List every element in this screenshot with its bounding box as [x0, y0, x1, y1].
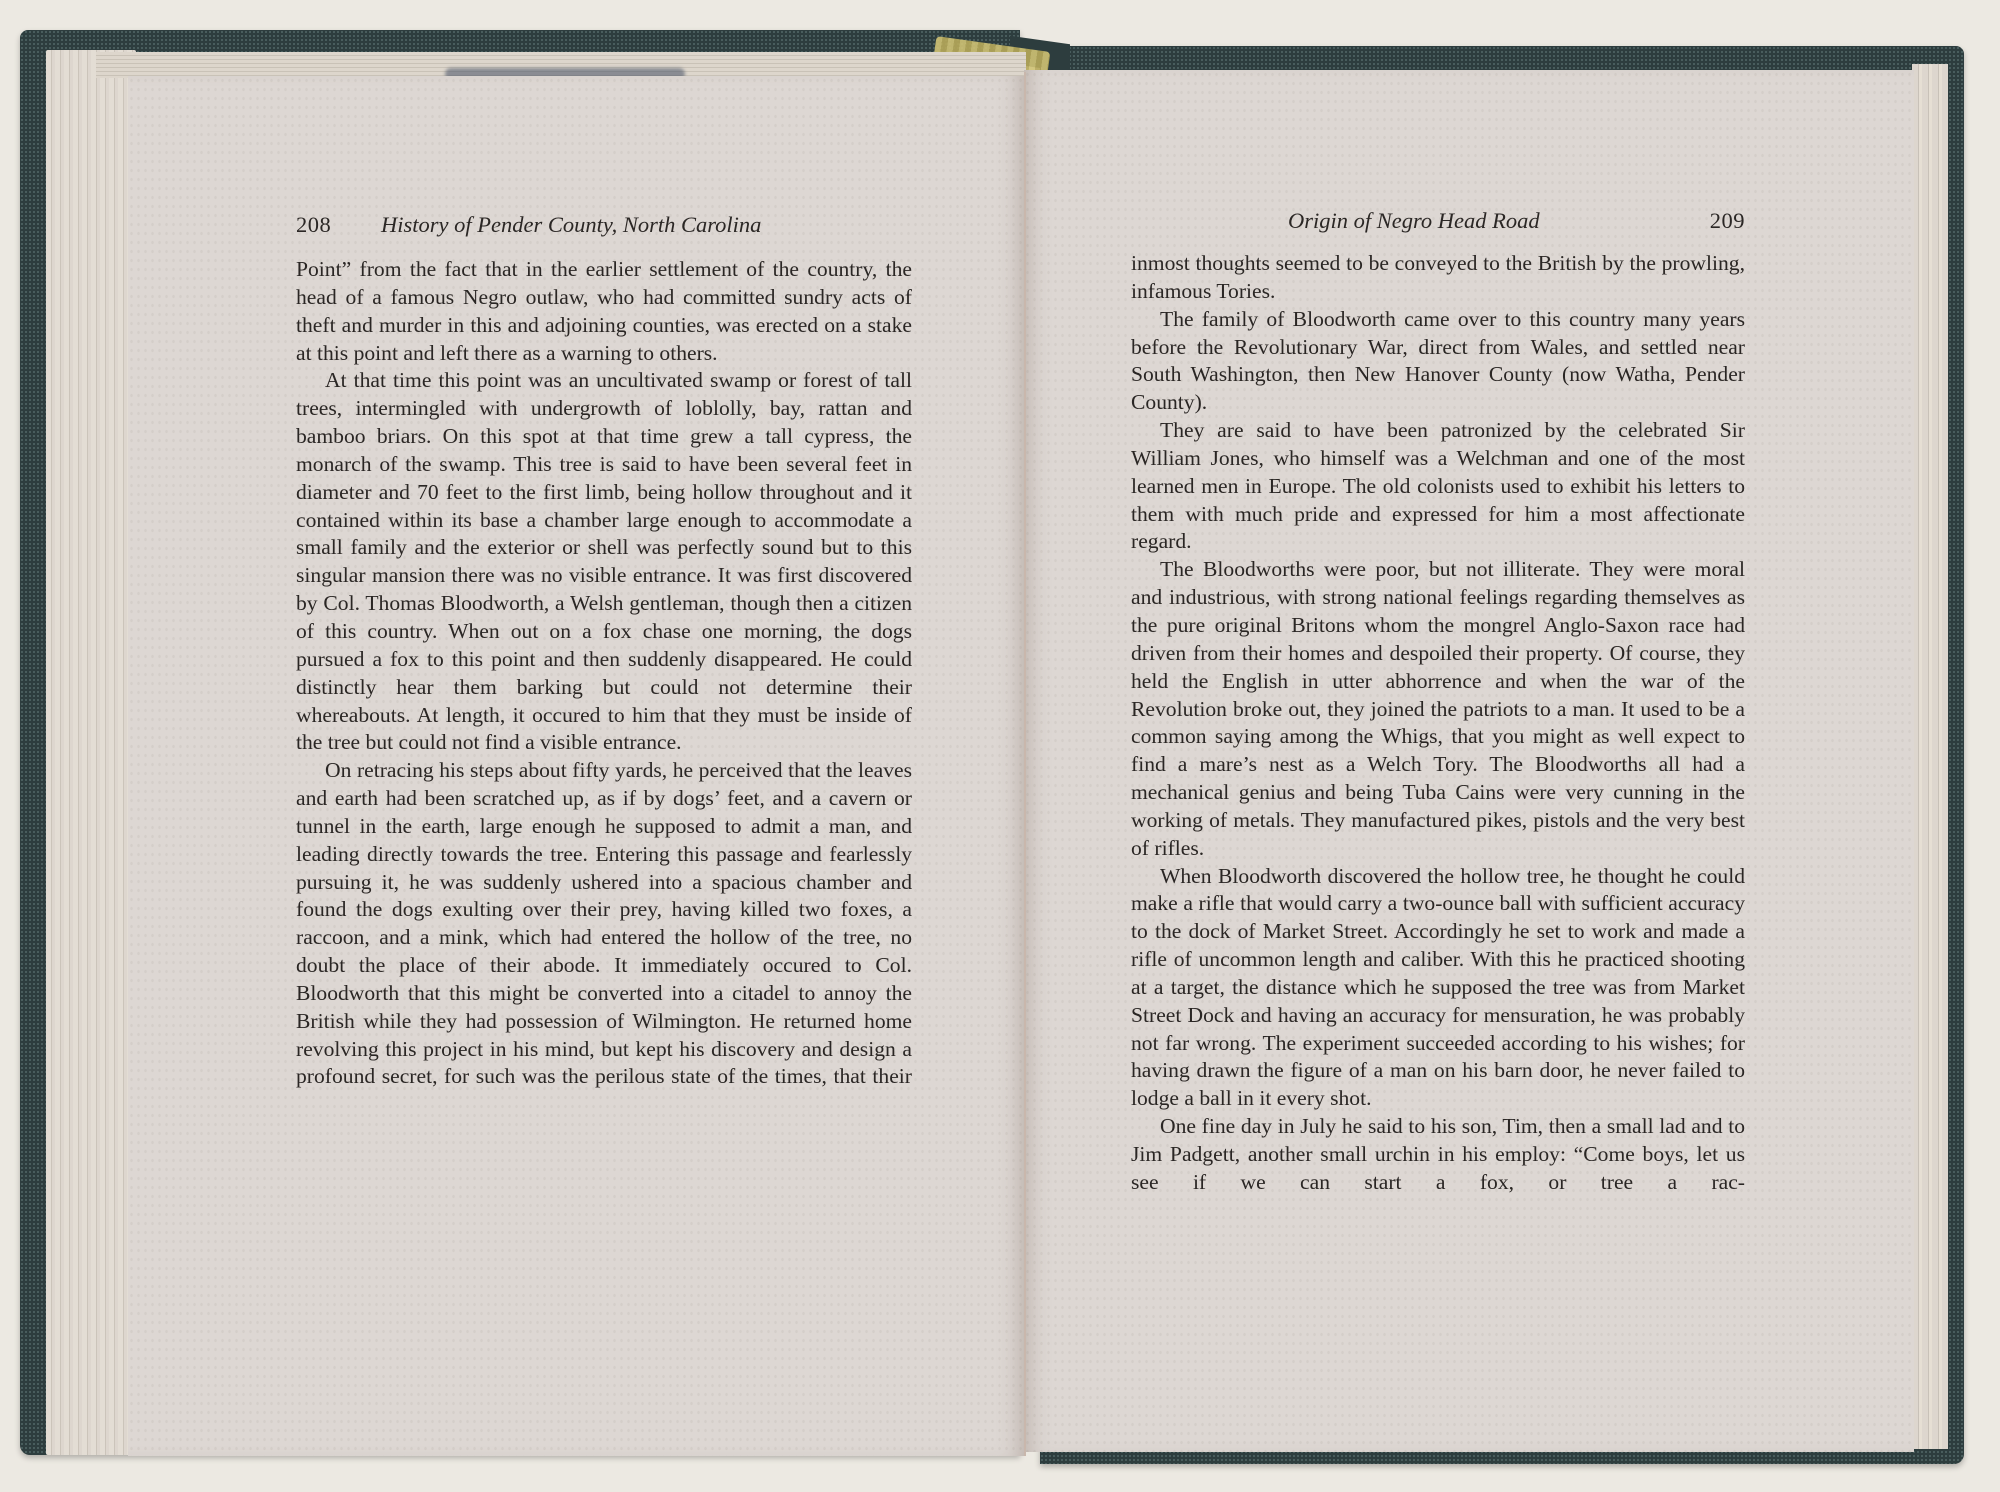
paragraph: When Bloodworth discovered the hollow tr… [1131, 863, 1745, 1114]
paragraph: The family of Bloodworth came over to th… [1131, 306, 1745, 417]
page-edges-right [1912, 64, 1948, 1449]
paragraph: inmost thoughts seemed to be conveyed to… [1131, 250, 1745, 306]
right-page-body: inmost thoughts seemed to be conveyed to… [1131, 250, 1745, 1197]
right-running-title: Origin of Negro Head Road [1288, 208, 1540, 234]
paragraph: Point” from the fact that in the earlier… [296, 256, 912, 367]
left-page-number: 208 [296, 212, 331, 237]
left-running-title: History of Pender County, North Carolina [381, 212, 761, 238]
gutter [1024, 72, 1026, 1456]
paragraph: At that time this point was an uncultiva… [296, 367, 912, 757]
left-running-head: 208 History of Pender County, North Caro… [296, 212, 912, 238]
paragraph: They are said to have been patronized by… [1131, 417, 1745, 556]
right-page-number: 209 [1710, 208, 1745, 234]
left-page-body: Point” from the fact that in the earlier… [296, 256, 912, 1091]
paragraph: The Bloodworths were poor, but not illit… [1131, 556, 1745, 862]
page-edges-left [46, 50, 136, 1455]
paragraph: One fine day in July he said to his son,… [1131, 1113, 1745, 1197]
paragraph: On retracing his steps about fifty yards… [296, 757, 912, 1091]
